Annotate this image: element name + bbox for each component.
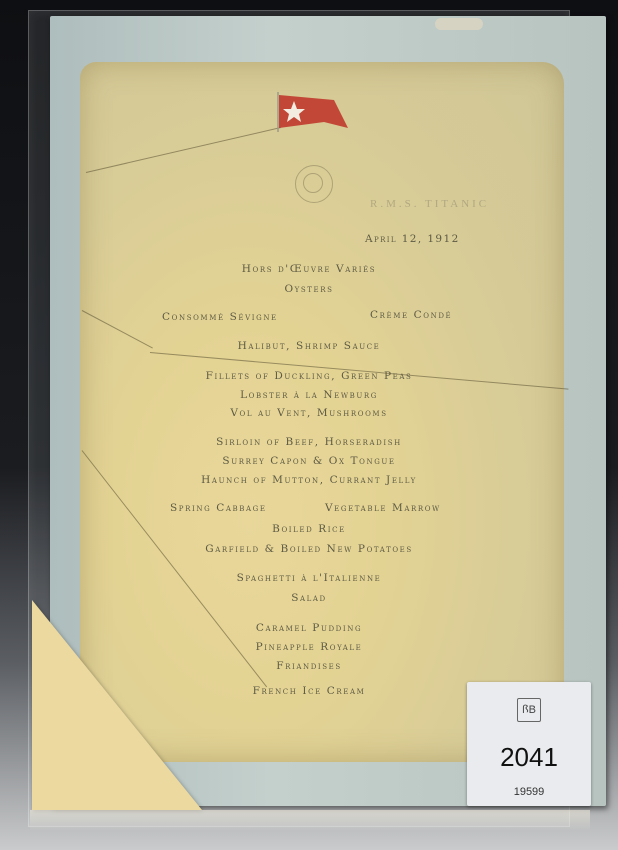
menu-item: Fillets of Duckling, Green Peas bbox=[0, 370, 618, 382]
menu-item: Spring Cabbage bbox=[170, 502, 267, 514]
menu-item: Oysters bbox=[0, 283, 618, 295]
menu-item: Garfield & Boiled New Potatoes bbox=[0, 543, 618, 555]
menu-item: Sirloin of Beef, Horseradish bbox=[0, 436, 618, 448]
menu-item: Surrey Capon & Ox Tongue bbox=[0, 455, 618, 467]
menu-item: Lobster à la Newburg bbox=[0, 389, 618, 401]
auction-house-logo-icon: ꟗB bbox=[517, 698, 541, 722]
menu-item: Hors d'Œuvre Variés bbox=[0, 263, 618, 275]
crest-icon bbox=[295, 165, 333, 203]
menu-item: Spaghetti à l'Italienne bbox=[0, 572, 618, 584]
folded-corner bbox=[32, 600, 202, 810]
menu-item: Consommé Sévigne bbox=[162, 311, 278, 323]
menu-item: Crème Condé bbox=[370, 309, 452, 321]
menu-item: Vol au Vent, Mushrooms bbox=[0, 407, 618, 419]
white-star-flag-icon bbox=[276, 92, 350, 132]
lot-number: 2041 bbox=[467, 742, 591, 773]
ship-name: R.M.S. TITANIC bbox=[370, 198, 489, 210]
menu-item: Boiled Rice bbox=[0, 523, 618, 535]
mounting-tape bbox=[435, 18, 483, 30]
reference-number: 19599 bbox=[467, 786, 591, 798]
menu-date: April 12, 1912 bbox=[365, 233, 460, 245]
display-stand bbox=[30, 810, 590, 830]
lot-tag: ꟗB 2041 19599 bbox=[467, 682, 591, 806]
menu-item: Haunch of Mutton, Currant Jelly bbox=[0, 474, 618, 486]
menu-item: Halibut, Shrimp Sauce bbox=[0, 340, 618, 352]
menu-item: Vegetable Marrow bbox=[325, 502, 441, 514]
